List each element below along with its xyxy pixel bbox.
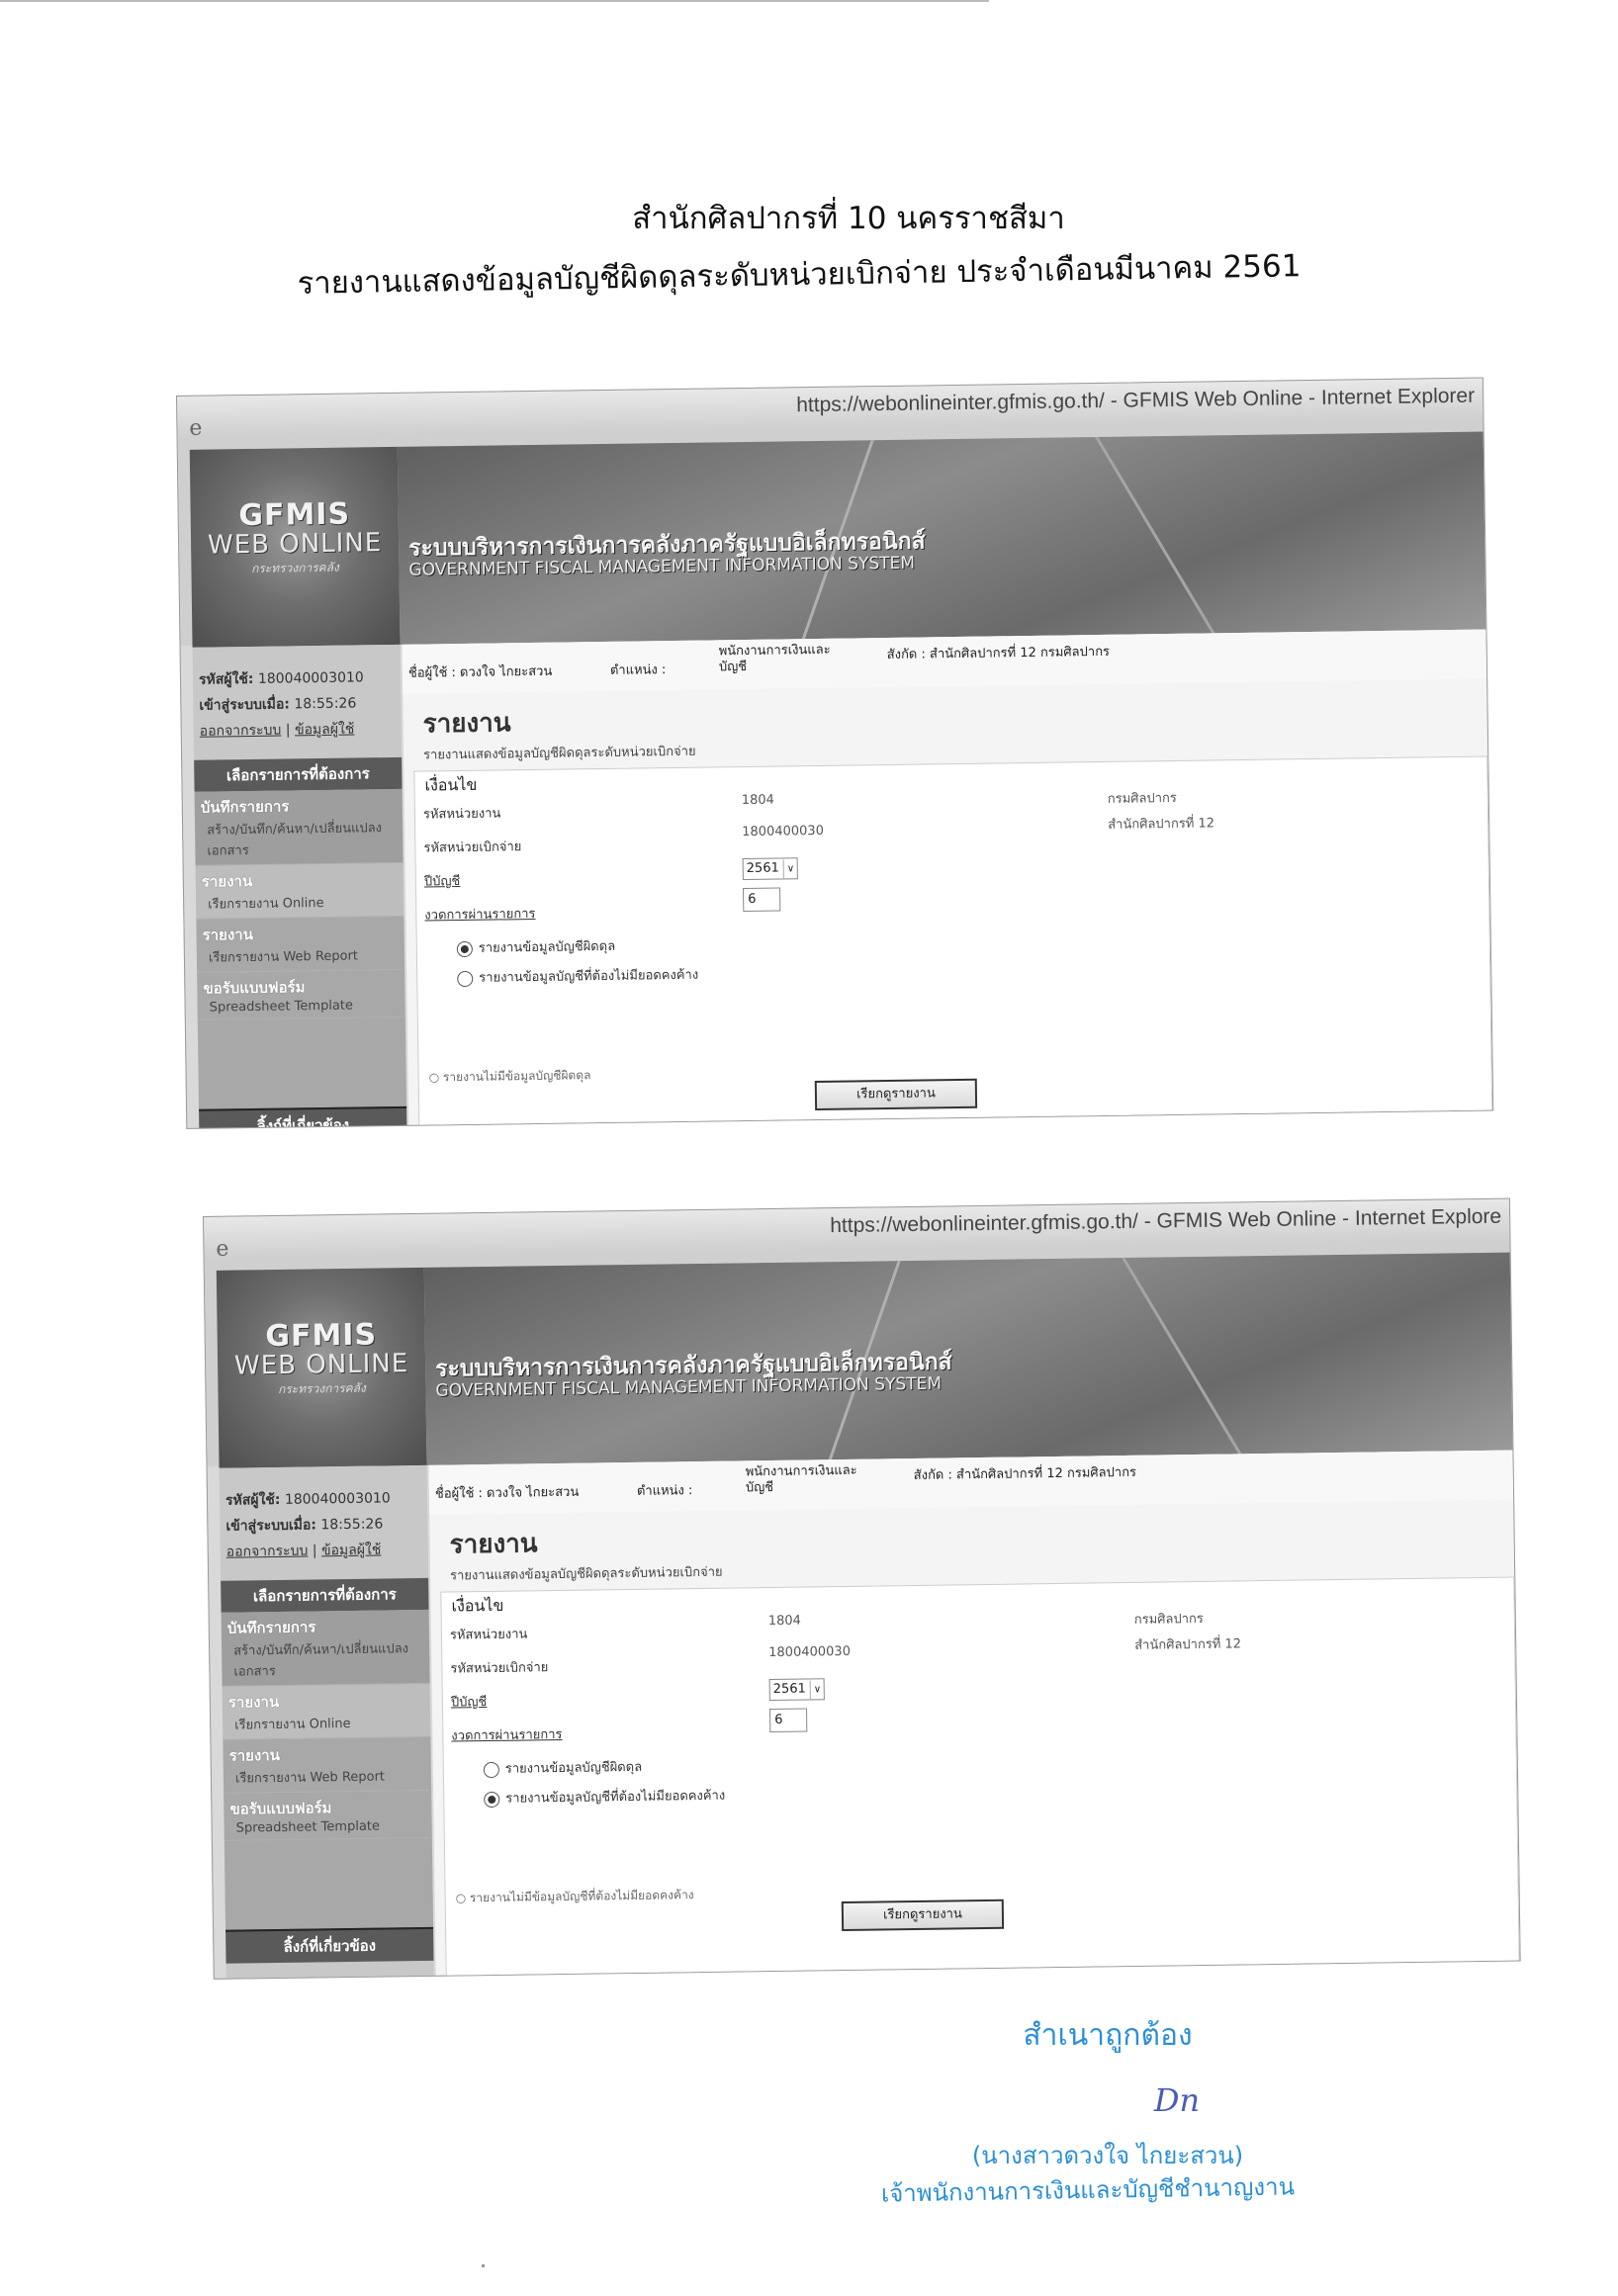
menu-item-report-online[interactable]: รายงาน เรียกรายงาน Online <box>196 863 404 920</box>
menu-item-record[interactable]: บันทึกรายการ สร้าง/บันทึก/ค้นหา/เปลี่ยนแ… <box>222 1610 430 1687</box>
radio-button[interactable] <box>484 1761 499 1777</box>
menu-item-web-report[interactable]: รายงาน เรียกรายงาน Web Report <box>223 1737 431 1794</box>
menu-item-subtitle: Spreadsheet Template <box>230 1818 426 1836</box>
radio-label: รายงานข้อมูลบัญชีที่ต้องไม่มียอดคงค้าง <box>479 968 698 986</box>
conditions-legend: เงื่อนไข <box>451 1594 503 1620</box>
unit-code-value: 1804 <box>768 1614 801 1629</box>
menu-item-title: บันทึกรายการ <box>201 793 397 820</box>
logout-link[interactable]: ออกจากระบบ <box>226 1544 309 1560</box>
disbursement-code-value: 1800400030 <box>742 824 824 839</box>
menu-header: เลือกรายการที่ต้องการ <box>221 1578 428 1613</box>
related-links-header[interactable]: ลิ้งก์ที่เกี่ยวข้อง <box>225 1927 433 1964</box>
user-profile-link[interactable]: ข้อมูลผู้ใช้ <box>295 722 355 739</box>
disbursement-unit-name: สำนักศิลปากรที่ 12 <box>1134 1633 1241 1655</box>
menu-item-title: รายงาน <box>228 1688 424 1715</box>
menu-item-title: บันทึกรายการ <box>227 1614 423 1640</box>
menu-item-title: ขอรับแบบฟอร์ม <box>203 974 399 1001</box>
menu-header: เลือกรายการที่ต้องการ <box>194 757 402 792</box>
screenshot-no-outstanding-report: e https://webonlineinter.gfmis.go.th/ - … <box>203 1198 1521 1980</box>
menu-spacer <box>198 1017 406 1109</box>
posting-period-label: งวดการผ่านรายการ <box>451 1723 562 1746</box>
user-profile-link[interactable]: ข้อมูลผู้ใช้ <box>321 1543 382 1559</box>
related-links-header[interactable]: ลิ้งก์ที่เกี่ยวข้อง <box>199 1106 406 1129</box>
position-label: ตำแหน่ง : <box>637 1479 693 1501</box>
radio-label: รายงานข้อมูลบัญชีผิดดุล <box>505 1760 642 1777</box>
radio-no-outstanding-report[interactable]: รายงานข้อมูลบัญชีที่ต้องไม่มียอดคงค้าง <box>484 1785 725 1809</box>
menu-item-subtitle: เรียกรายงาน Online <box>228 1712 424 1735</box>
report-status-note: ○ รายงานไม่มีข้อมูลบัญชีผิดดุล <box>429 1066 591 1087</box>
conditions-fieldset: เงื่อนไข รหัสหน่วยงาน 1804 กรมศิลปากร รห… <box>413 756 1493 1129</box>
menu-item-subtitle: สร้าง/บันทึก/ค้นหา/เปลี่ยนแปลง เอกสาร <box>201 817 398 861</box>
conditions-legend: เงื่อนไข <box>424 773 477 799</box>
user-id-value: 180040003010 <box>258 669 364 686</box>
radio-label: รายงานข้อมูลบัญชีผิดดุล <box>479 939 615 956</box>
menu-item-title: รายงาน <box>202 921 398 947</box>
window-title: https://webonlineinter.gfmis.go.th/ - GF… <box>796 385 1475 418</box>
window-title: https://webonlineinter.gfmis.go.th/ - GF… <box>830 1205 1501 1238</box>
unit-code-label: รหัสหน่วยงาน <box>450 1623 528 1644</box>
fiscal-year-label: ปีบัญชี <box>424 870 461 892</box>
radio-unbalanced-report[interactable]: รายงานข้อมูลบัญชีผิดดุล <box>484 1756 643 1779</box>
login-time-value: 18:55:26 <box>294 695 356 712</box>
radio-unbalanced-report[interactable]: รายงานข้อมูลบัญชีผิดดุล <box>457 935 616 958</box>
menu-item-subtitle: สร้าง/บันทึก/ค้นหา/เปลี่ยนแปลง เอกสาร <box>227 1637 424 1682</box>
login-time-label: เข้าสู่ระบบเมื่อ: <box>199 696 290 713</box>
user-info: รหัสผู้ใช้: 180040003010 เข้าสู่ระบบเมื่… <box>193 645 402 752</box>
fiscal-year-select[interactable]: 2561∨ <box>769 1678 826 1701</box>
unit-name: กรมศิลปากร <box>1134 1608 1204 1630</box>
logo-subtext: กระทรวงการคลัง <box>218 1378 425 1400</box>
fiscal-year-select[interactable]: 2561∨ <box>743 857 799 880</box>
menu-item-subtitle: Spreadsheet Template <box>204 998 400 1016</box>
radio-button[interactable] <box>457 970 473 986</box>
report-status-note: ○ รายงานไม่มีข้อมูลบัญชีที่ต้องไม่มียอดค… <box>456 1886 694 1907</box>
scan-speck <box>482 2264 485 2267</box>
view-report-button[interactable]: เรียกดูรายงาน <box>842 1899 1004 1931</box>
menu-item-web-report[interactable]: รายงาน เรียกรายงาน Web Report <box>196 917 404 973</box>
logo-subtext: กระทรวงการคลัง <box>191 558 399 579</box>
user-info: รหัสผู้ใช้: 180040003010 เข้าสู่ระบบเมื่… <box>220 1465 428 1573</box>
posting-period-label: งวดการผ่านรายการ <box>424 903 535 926</box>
logo-text: WEB ONLINE <box>218 1349 425 1381</box>
gfmis-logo[interactable]: GFMIS WEB ONLINE กระทรวงการคลัง <box>190 447 401 648</box>
menu-item-spreadsheet-template[interactable]: ขอรับแบบฟอร์ม Spreadsheet Template <box>224 1791 432 1841</box>
menu-item-title: รายงาน <box>228 1741 424 1768</box>
link-separator: | <box>286 722 291 738</box>
chevron-down-icon: ∨ <box>810 1680 822 1700</box>
conditions-fieldset: เงื่อนไข รหัสหน่วยงาน 1804 กรมศิลปากร รห… <box>440 1577 1520 1980</box>
user-id-value: 180040003010 <box>285 1490 391 1507</box>
disbursement-code-label: รหัสหน่วยเบิกจ่าย <box>423 836 521 857</box>
radio-button[interactable] <box>457 940 473 956</box>
disbursement-code-value: 1800400030 <box>768 1644 851 1660</box>
menu-item-subtitle: เรียกรายงาน Online <box>202 891 398 915</box>
position-value: พนักงานการเงินและบัญชี <box>719 642 857 675</box>
login-time-value: 18:55:26 <box>320 1516 383 1533</box>
main-content: ชื่อผู้ใช้ : ดวงใจ ไกยะสวน ตำแหน่ง : พนั… <box>403 630 1493 1125</box>
header-banner: ระบบบริหารการเงินการคลังภาครัฐแบบอิเล็กท… <box>398 432 1486 645</box>
menu-item-title: รายงาน <box>202 867 398 894</box>
logo-text: WEB ONLINE <box>191 528 399 561</box>
view-report-button[interactable]: เรียกดูรายงาน <box>815 1079 977 1110</box>
unit-name: กรมศิลปากร <box>1108 787 1177 809</box>
position-label: ตำแหน่ง : <box>610 659 667 680</box>
unit-code-value: 1804 <box>742 793 774 808</box>
fiscal-year-value: 2561 <box>773 1682 806 1697</box>
logout-link[interactable]: ออกจากระบบ <box>200 723 282 740</box>
radio-button[interactable] <box>484 1791 499 1807</box>
menu-item-record[interactable]: บันทึกรายการ สร้าง/บันทึก/ค้นหา/เปลี่ยนแ… <box>195 789 404 866</box>
disbursement-code-label: รหัสหน่วยเบิกจ่าย <box>450 1656 548 1678</box>
site-header: GFMIS WEB ONLINE กระทรวงการคลัง ระบบบริห… <box>178 420 1486 646</box>
radio-no-outstanding-report[interactable]: รายงานข้อมูลบัญชีที่ต้องไม่มียอดคงค้าง <box>457 964 698 988</box>
position-value: พนักงานการเงินและบัญชี <box>746 1462 884 1496</box>
fiscal-year-value: 2561 <box>747 861 779 876</box>
sidebar: รหัสผู้ใช้: 180040003010 เข้าสู่ระบบเมื่… <box>220 1465 434 1979</box>
radio-label: รายงานข้อมูลบัญชีที่ต้องไม่มียอดคงค้าง <box>505 1789 725 1807</box>
document-title: สำนักศิลปากรที่ 10 นครราชสีมา <box>40 193 1618 242</box>
menu-item-title: ขอรับแบบฟอร์ม <box>229 1795 425 1821</box>
posting-period-input[interactable]: 6 <box>769 1709 807 1733</box>
menu-item-subtitle: เรียกรายงาน Web Report <box>229 1765 425 1789</box>
certified-copy-stamp: สำเนาถูกต้อง <box>811 2012 1404 2059</box>
main-content: ชื่อผู้ใช้ : ดวงใจ ไกยะสวน ตำแหน่ง : พนั… <box>429 1451 1520 1976</box>
document-subtitle: รายงานแสดงข้อมูลบัญชีผิดดุลระดับหน่วยเบิ… <box>0 235 1608 313</box>
menu-item-subtitle: เรียกรายงาน Web Report <box>203 944 399 968</box>
fiscal-year-label: ปีบัญชี <box>451 1691 488 1713</box>
link-separator: | <box>313 1543 317 1558</box>
user-id-label: รหัสผู้ใช้: <box>225 1492 281 1509</box>
chevron-down-icon: ∨ <box>783 859 795 879</box>
login-time-label: เข้าสู่ระบบเมื่อ: <box>225 1517 316 1534</box>
disbursement-unit-name: สำนักศิลปากรที่ 12 <box>1108 812 1214 835</box>
unit-code-label: รหัสหน่วยงาน <box>423 802 501 824</box>
posting-period-input[interactable]: 6 <box>743 888 780 913</box>
user-name: ชื่อผู้ใช้ : ดวงใจ ไกยะสวน <box>435 1481 580 1504</box>
sidebar: รหัสผู้ใช้: 180040003010 เข้าสู่ระบบเมื่… <box>193 645 407 1128</box>
affiliation: สังกัด : สำนักศิลปากรที่ 12 กรมศิลปากร <box>914 1461 1137 1485</box>
site-header: GFMIS WEB ONLINE กระทรวงการคลัง ระบบบริห… <box>205 1241 1513 1466</box>
page-edge-line <box>0 0 989 2</box>
screenshot-unbalanced-report: e https://webonlineinter.gfmis.go.th/ - … <box>176 378 1493 1129</box>
signature: Dn <box>1127 2081 1226 2119</box>
menu-item-report-online[interactable]: รายงาน เรียกรายงาน Online <box>223 1684 431 1740</box>
affiliation: สังกัด : สำนักศิลปากรที่ 12 กรมศิลปากร <box>887 641 1111 664</box>
user-name: ชื่อผู้ใช้ : ดวงใจ ไกยะสวน <box>408 661 553 683</box>
user-id-label: รหัสผู้ใช้: <box>199 671 254 688</box>
menu-item-spreadsheet-template[interactable]: ขอรับแบบฟอร์ม Spreadsheet Template <box>197 970 405 1020</box>
menu-spacer <box>225 1838 433 1930</box>
gfmis-logo[interactable]: GFMIS WEB ONLINE กระทรวงการคลัง <box>217 1268 427 1468</box>
header-banner: ระบบบริหารการเงินการคลังภาครัฐแบบอิเล็กท… <box>424 1253 1513 1465</box>
